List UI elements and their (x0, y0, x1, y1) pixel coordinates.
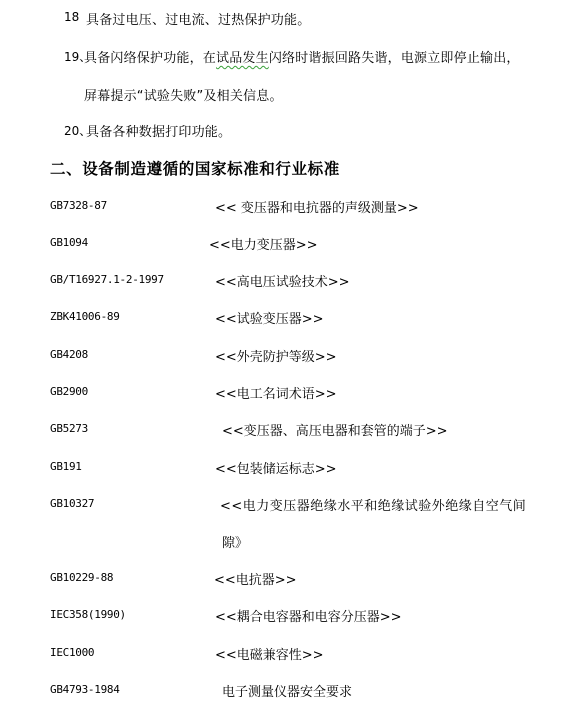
standard-name: <<包装储运标志>> (215, 458, 337, 477)
standard-name: <<耦合电容器和电容分压器>> (215, 606, 402, 625)
section-heading: 二、设备制造遵循的国家标准和行业标准 (50, 157, 340, 179)
standard-name: << 变压器和电抗器的声级测量>> (215, 197, 419, 216)
standard-name: <<试验变压器>> (215, 308, 324, 327)
standard-code: GB10327 (50, 497, 94, 510)
standard-name: 电子测量仪器安全要求 (222, 681, 352, 700)
feature-number: 18 (64, 10, 79, 24)
feature-text-part: 具备闪络保护功能，在 (84, 51, 216, 66)
standard-name: <<电力变压器>> (209, 234, 318, 253)
standard-name: <<电工名词术语>> (215, 383, 337, 402)
feature-text: 具备闪络保护功能，在试品发生闪络时谐振回路失谐，电源立即停止输出， (84, 47, 520, 66)
feature-text-part: 闪络时谐振回路失谐，电源立即停止输出， (269, 51, 520, 66)
feature-text: 具备过电压、过电流、过热保护功能。 (86, 9, 310, 28)
standard-name: <<电力变压器绝缘水平和绝缘试验外绝缘自空气间 (220, 495, 526, 514)
standard-name: <<变压器、高压电器和套管的端子>> (222, 420, 448, 439)
standard-code: ZBK41006-89 (50, 310, 120, 323)
standard-name: <<电磁兼容性>> (215, 644, 324, 663)
standard-code: GB2900 (50, 385, 88, 398)
standard-code: GB7328-87 (50, 199, 107, 212)
standard-name-continuation: 隙》 (222, 532, 248, 551)
feature-text: 具备各种数据打印功能。 (86, 121, 231, 140)
standard-code: GB191 (50, 460, 82, 473)
standard-code: GB/T16927.1-2-1997 (50, 273, 164, 286)
standard-code: IEC1000 (50, 646, 94, 659)
standard-name: <<外壳防护等级>> (215, 346, 337, 365)
spellcheck-squiggle-text: 试品发生 (216, 51, 269, 66)
standard-code: GB4208 (50, 348, 88, 361)
standard-name: <<电抗器>> (214, 569, 297, 588)
standard-code: GB5273 (50, 422, 88, 435)
standard-name: <<高电压试验技术>> (215, 271, 350, 290)
standard-code: IEC358(1990) (50, 608, 126, 621)
feature-text-continuation: 屏幕提示“试验失败”及相关信息。 (84, 85, 283, 104)
standard-code: GB1094 (50, 236, 88, 249)
standard-code: GB4793-1984 (50, 683, 120, 696)
standard-code: GB10229-88 (50, 571, 113, 584)
